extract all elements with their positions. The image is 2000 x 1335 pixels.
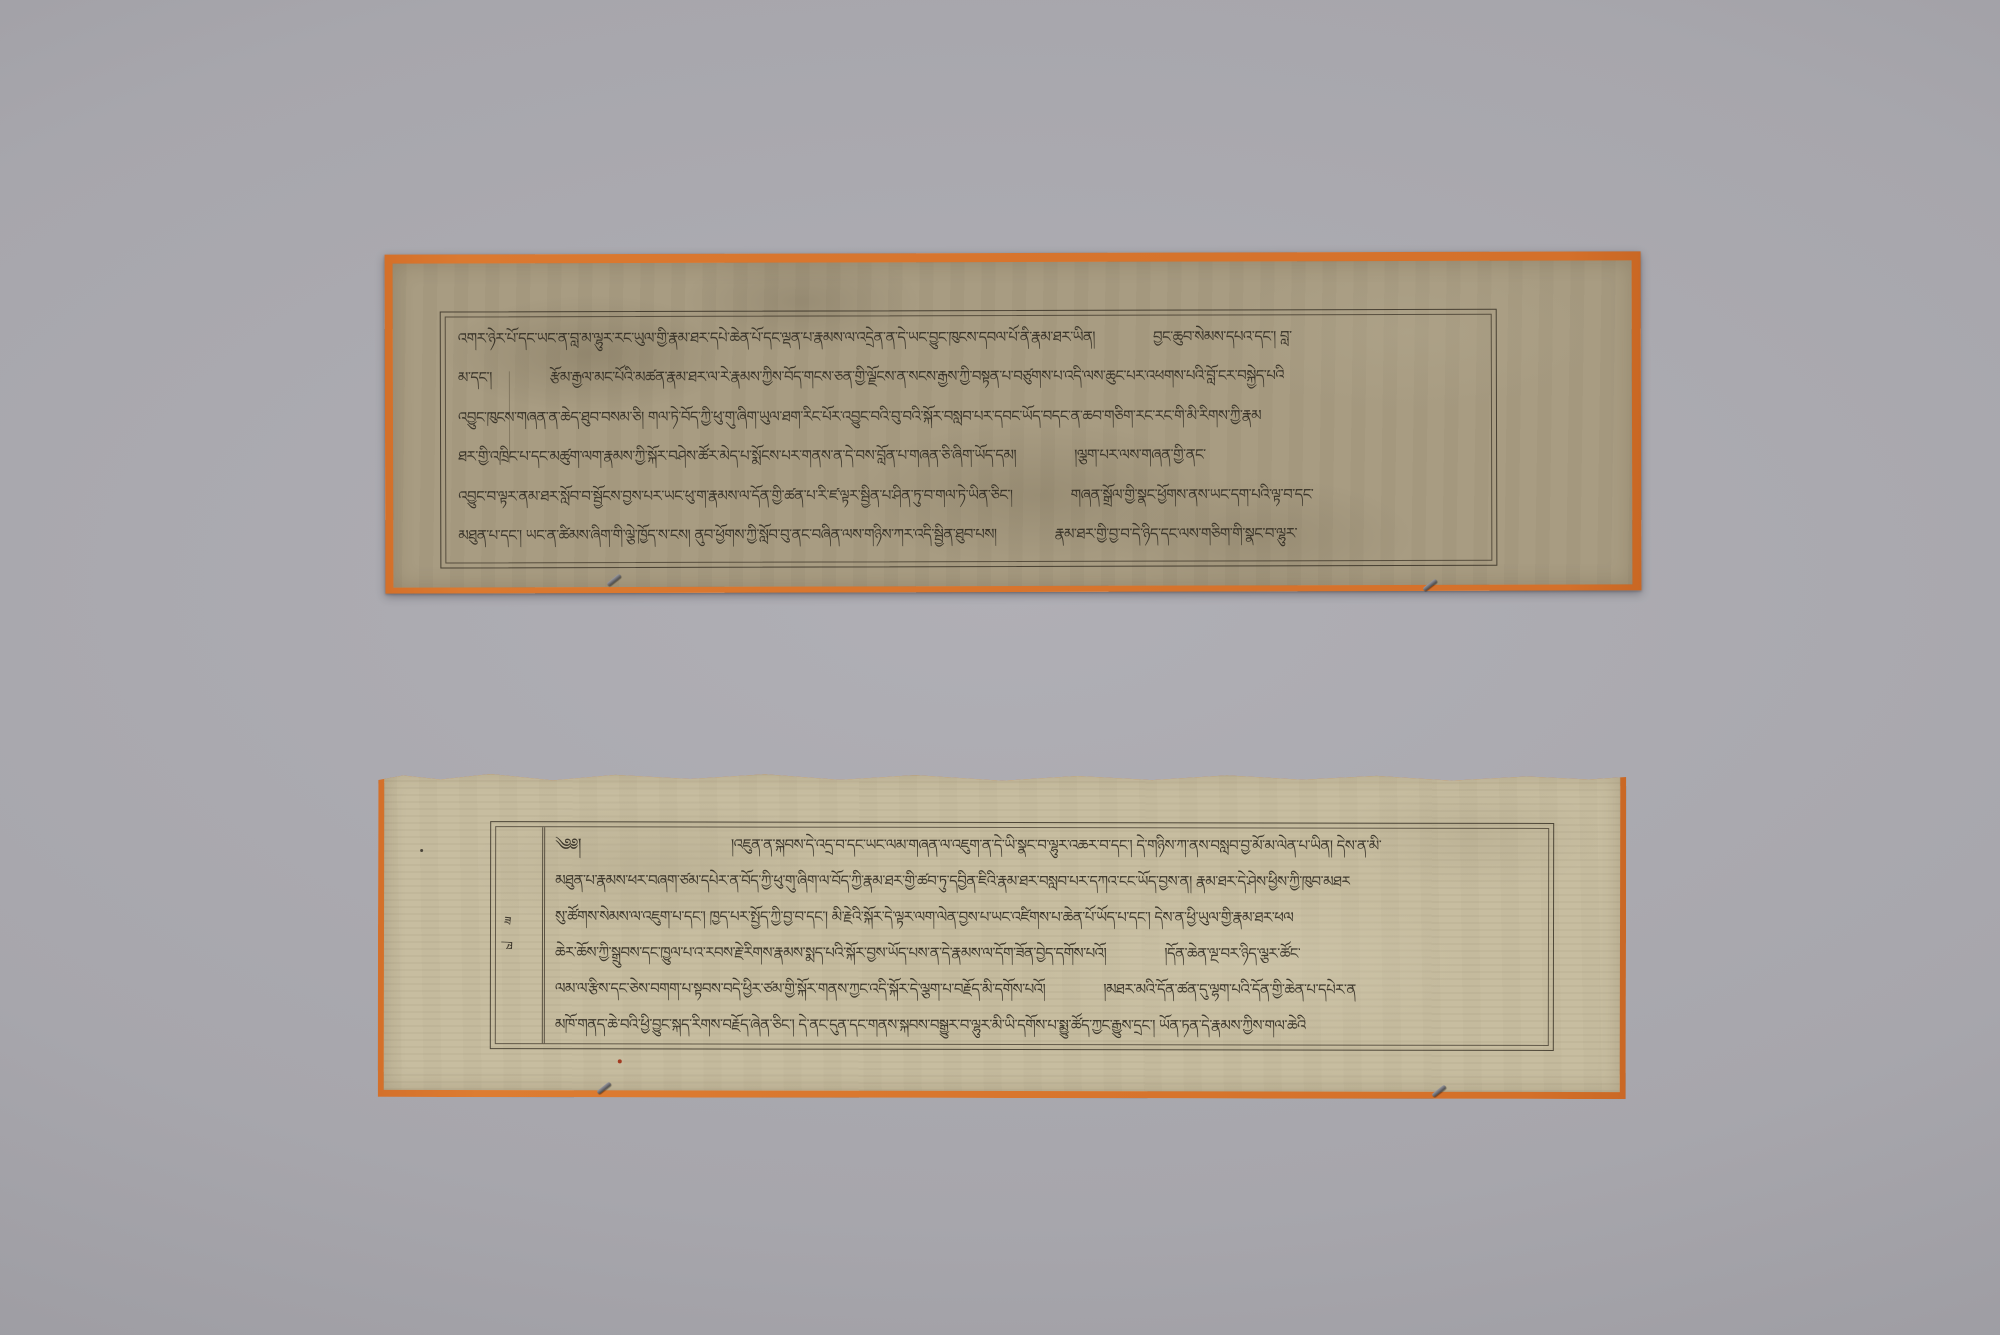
text-segment: །ལྕག་པར་ལས་གཞན་གྱི་ནང་ — [1074, 439, 1206, 481]
text-segment: ཆེར་ཆོས་ཀྱི་སྒྲུབས་དང་ཁྱུལ་པ་འ་རབས་རྗེ་ར… — [555, 939, 1106, 977]
text-segment: །དོན་ཆེན་ལྔ་བར་ཉིད་ལྕར་ཚོང་ — [1164, 939, 1300, 977]
text-segment: རྩོམ་རྒྱལ་མང་པོའི་མཚན་རྣམ་ཐར་ལ་རེ་རྣམས་ཀ… — [550, 360, 1285, 402]
text-block-upper: འགར་ཉེར་པོ་དང་ཡང་ན་བླ་མ་ལྷུར་རང་ཡུལ་གྱི་… — [446, 315, 1492, 563]
text-segment: མཁོ་གནད་ཆེ་བའི་ཕྱི་བྱུང་སྐད་རིགས་བརྗོད་ཞ… — [555, 1011, 1306, 1049]
text-segment: སུ་ཚོགས་སེམས་ལ་འཇུག་པ་དང་། ཁྱད་པར་སྤྱོད་… — [555, 903, 1293, 941]
text-frame-lower-inner: ཟ ཁ ༄༅།།འཇུན་ན་སྐབས་དེ་འདྲ་བ་དང་ཡང་ལམ་གཞ… — [495, 826, 1549, 1046]
text-frame-upper: འགར་ཉེར་པོ་དང་ཡང་ན་བླ་མ་ལྷུར་རང་ཡུལ་གྱི་… — [440, 309, 1498, 569]
leaf-paper-upper: འགར་ཉེར་པོ་དང་ཡང་ན་བླ་མ་ལྷུར་རང་ཡུལ་གྱི་… — [393, 260, 1633, 587]
text-segment: བྱང་ཆུབ་སེམས་དཔའ་དང་། བླ་ — [1153, 321, 1292, 363]
text-segment: འབྱུང་བ་ལྟར་ནམ་ཐར་སློབ་བ་སྦྱོངས་བྱས་པར་ཡ… — [458, 479, 1013, 521]
text-block-lower: ༄༅།།འཇུན་ན་སྐབས་དེ་འདྲ་བ་དང་ཡང་ལམ་གཞན་ལ་… — [545, 827, 1548, 1045]
text-segment: རྣམ་ཐར་གྱི་བྱ་བ་དེ་ཉིད་དང་ལས་གཅིག་གི་སྣང… — [1055, 518, 1298, 560]
text-frame-upper-inner: འགར་ཉེར་པོ་དང་ཡང་ན་བླ་མ་ལྷུར་རང་ཡུལ་གྱི་… — [445, 314, 1493, 564]
text-line: མཐུན་པ་དང་། ཡང་ན་ཚིམས་ཞིག་གི་ལྕེ་ཁྱོད་ས་… — [458, 518, 1479, 560]
text-line: ༄༅།།འཇུན་ན་སྐབས་དེ་འདྲ་བ་དང་ཡང་ལམ་གཞན་ལ་… — [555, 831, 1538, 869]
leaf-paper-lower: ཟ ཁ ༄༅།།འཇུན་ན་སྐབས་དེ་འདྲ་བ་དང་ཡང་ལམ་གཞ… — [384, 771, 1621, 1092]
paper-speck — [618, 1059, 622, 1063]
paper-speck — [420, 849, 423, 852]
text-line: མཁོ་གནད་ཆེ་བའི་ཕྱི་བྱུང་སྐད་རིགས་བརྗོད་ཞ… — [555, 1011, 1538, 1049]
text-segment: ལམ་ལ་རྩིས་དང་ཅེས་བགག་པ་སྟབས་བདེ་ཕྱིར་ཙམ་… — [555, 975, 1045, 1013]
text-line: འབྱུང་བ་ལྟར་ནམ་ཐར་སློབ་བ་སྦྱོངས་བྱས་པར་ཡ… — [458, 479, 1479, 521]
manuscript-leaf-upper: འགར་ཉེར་པོ་དང་ཡང་ན་བླ་མ་ལྷུར་རང་ཡུལ་གྱི་… — [385, 251, 1642, 593]
text-line: སུ་ཚོགས་སེམས་ལ་འཇུག་པ་དང་། ཁྱད་པར་སྤྱོད་… — [555, 903, 1538, 941]
text-segment: འགར་ཉེར་པོ་དང་ཡང་ན་བླ་མ་ལྷུར་རང་ཡུལ་གྱི་… — [458, 321, 1095, 363]
text-segment: མ་དང་། — [458, 362, 492, 403]
text-segment: གཞན་སྒྲོལ་གྱི་སྣང་ཕྱོགས་ནས་ཡང་དག་པའི་ལྟ་… — [1071, 479, 1314, 521]
text-line: འབྱུང་ཁུངས་གཞན་ན་ཆེད་ཐུབ་བསམ་ཅི། གལ་ཏེ་བ… — [458, 400, 1479, 442]
folio-margin-mark: ཁ — [502, 941, 514, 949]
text-line: ལམ་ལ་རྩིས་དང་ཅེས་བགག་པ་སྟབས་བདེ་ཕྱིར་ཙམ་… — [555, 975, 1538, 1013]
text-line: འགར་ཉེར་པོ་དང་ཡང་ན་བླ་མ་ལྷུར་རང་ཡུལ་གྱི་… — [458, 321, 1479, 363]
text-line: ཐར་གྱི་འཁྲིང་པ་དང་མཚུག་ལག་རྣམས་ཀྱི་སྐོར་… — [458, 439, 1479, 481]
text-segment: །མཐར་མའི་དོན་ཚན་དུ་ལྷག་པའི་དོན་གྱི་ཆེན་པ… — [1103, 975, 1356, 1013]
text-line: མཐུན་པ་རྣམས་ཕར་བཞག་ཙམ་དཔེར་ན་བོད་ཀྱི་ཕུ་… — [555, 867, 1538, 905]
margin-column: ཟ ཁ — [496, 827, 545, 1043]
yig-mgo-mark: ༄༅། — [555, 831, 581, 869]
text-segment: །འཇུན་ན་སྐབས་དེ་འདྲ་བ་དང་ཡང་ལམ་གཞན་ལ་འཇུ… — [731, 831, 1381, 869]
mount-board: འགར་ཉེར་པོ་དང་ཡང་ན་བླ་མ་ལྷུར་རང་ཡུལ་གྱི་… — [0, 0, 2000, 1335]
text-segment: འབྱུང་ཁུངས་གཞན་ན་ཆེད་ཐུབ་བསམ་ཅི། གལ་ཏེ་བ… — [458, 400, 1261, 442]
text-frame-lower: ཟ ཁ ༄༅།།འཇུན་ན་སྐབས་དེ་འདྲ་བ་དང་ཡང་ལམ་གཞ… — [490, 821, 1554, 1051]
folio-margin-mark: ཟ — [503, 915, 511, 928]
manuscript-leaf-lower: ཟ ཁ ༄༅།།འཇུན་ན་སྐབས་དེ་འདྲ་བ་དང་ཡང་ལམ་གཞ… — [378, 771, 1627, 1099]
text-segment: ཐར་གྱི་འཁྲིང་པ་དང་མཚུག་ལག་རྣམས་ཀྱི་སྐོར་… — [458, 439, 1016, 481]
text-line: མ་དང་།རྩོམ་རྒྱལ་མང་པོའི་མཚན་རྣམ་ཐར་ལ་རེ་… — [458, 360, 1479, 402]
text-line: ཆེར་ཆོས་ཀྱི་སྒྲུབས་དང་ཁྱུལ་པ་འ་རབས་རྗེ་ར… — [555, 939, 1538, 977]
text-segment: མཐུན་པ་རྣམས་ཕར་བཞག་ཙམ་དཔེར་ན་བོད་ཀྱི་ཕུ་… — [555, 867, 1350, 905]
text-segment: མཐུན་པ་དང་། ཡང་ན་ཚིམས་ཞིག་གི་ལྕེ་ཁྱོད་ས་… — [458, 518, 996, 560]
